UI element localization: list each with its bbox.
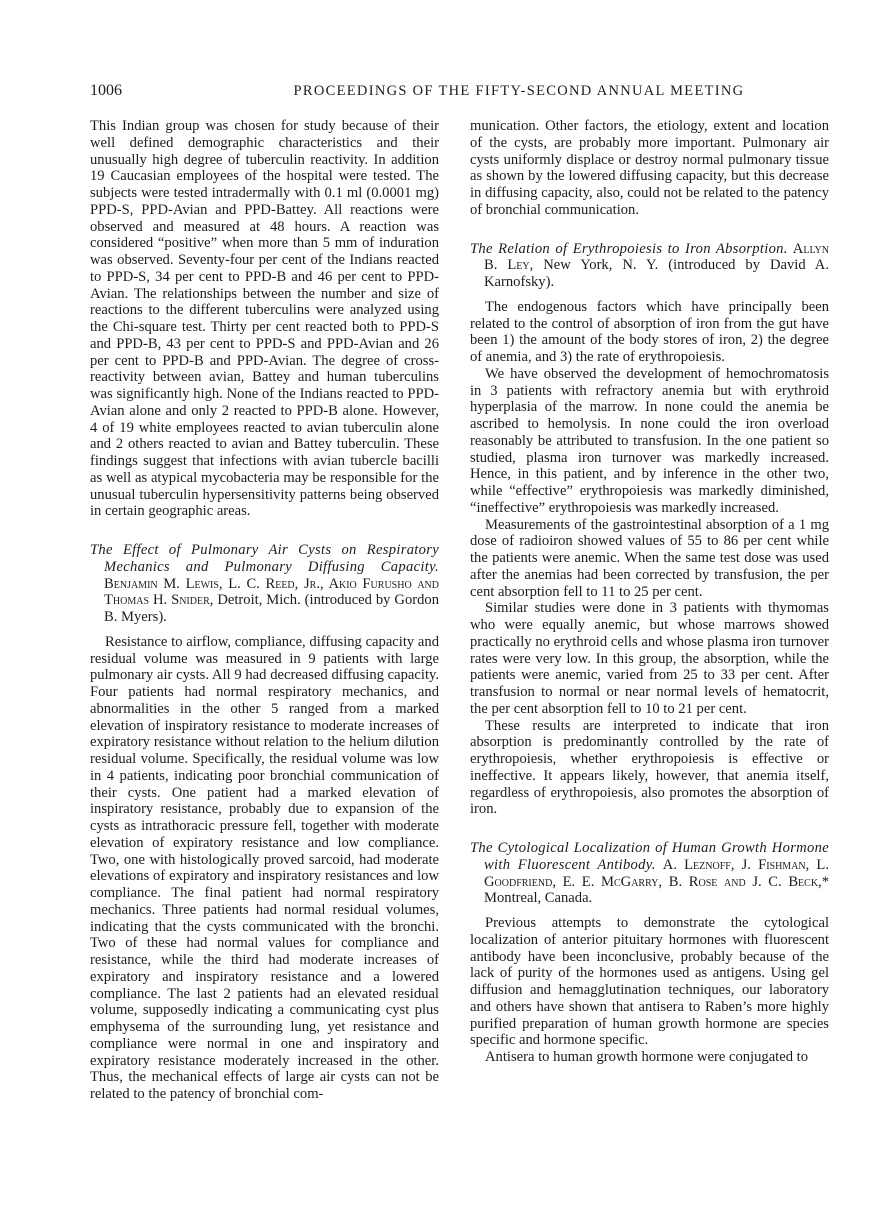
- abstract-location: Montreal, Canada.: [484, 890, 592, 906]
- page-number: 1006: [90, 82, 122, 100]
- abstract-paragraph: Measurements of the gastrointestinal abs…: [470, 517, 829, 601]
- running-head: 1006 PROCEEDINGS OF THE FIFTY-SECOND ANN…: [90, 82, 828, 102]
- section-gap: [90, 520, 439, 542]
- continuation-paragraph: This Indian group was chosen for study b…: [90, 118, 439, 520]
- section-gap: [90, 626, 439, 634]
- continuation-paragraph: munication. Other factors, the etiology,…: [470, 118, 829, 219]
- abstract-title: The Relation of Erythropoiesis to Iron A…: [470, 241, 788, 257]
- abstract-title: The Effect of Pulmonary Air Cysts on Res…: [90, 542, 439, 575]
- abstract-body: Resistance to airflow, compliance, diffu…: [90, 634, 439, 1103]
- abstract-paragraph: We have observed the development of hemo…: [470, 366, 829, 517]
- journal-title: PROCEEDINGS OF THE FIFTY-SECOND ANNUAL M…: [210, 83, 828, 100]
- abstract-heading: The Relation of Erythropoiesis to Iron A…: [470, 241, 829, 291]
- abstract-heading: The Cytological Localization of Human Gr…: [470, 840, 829, 907]
- abstract-heading: The Effect of Pulmonary Air Cysts on Res…: [90, 542, 439, 626]
- right-column: munication. Other factors, the etiology,…: [470, 118, 829, 1066]
- section-gap: [470, 818, 829, 840]
- abstract-paragraph: Antisera to human growth hormone were co…: [470, 1049, 829, 1066]
- abstract-paragraph: Previous attempts to demonstrate the cyt…: [470, 915, 829, 1049]
- abstract-paragraph: These results are interpreted to indicat…: [470, 718, 829, 819]
- section-gap: [470, 907, 829, 915]
- section-gap: [470, 219, 829, 241]
- journal-page: 1006 PROCEEDINGS OF THE FIFTY-SECOND ANN…: [0, 0, 890, 1210]
- abstract-location: New York, N. Y. (introduced by David A. …: [484, 257, 829, 290]
- section-gap: [470, 291, 829, 299]
- left-column: This Indian group was chosen for study b…: [90, 118, 439, 1103]
- abstract-paragraph: Similar studies were done in 3 patients …: [470, 600, 829, 717]
- abstract-paragraph: The endogenous factors which have princi…: [470, 299, 829, 366]
